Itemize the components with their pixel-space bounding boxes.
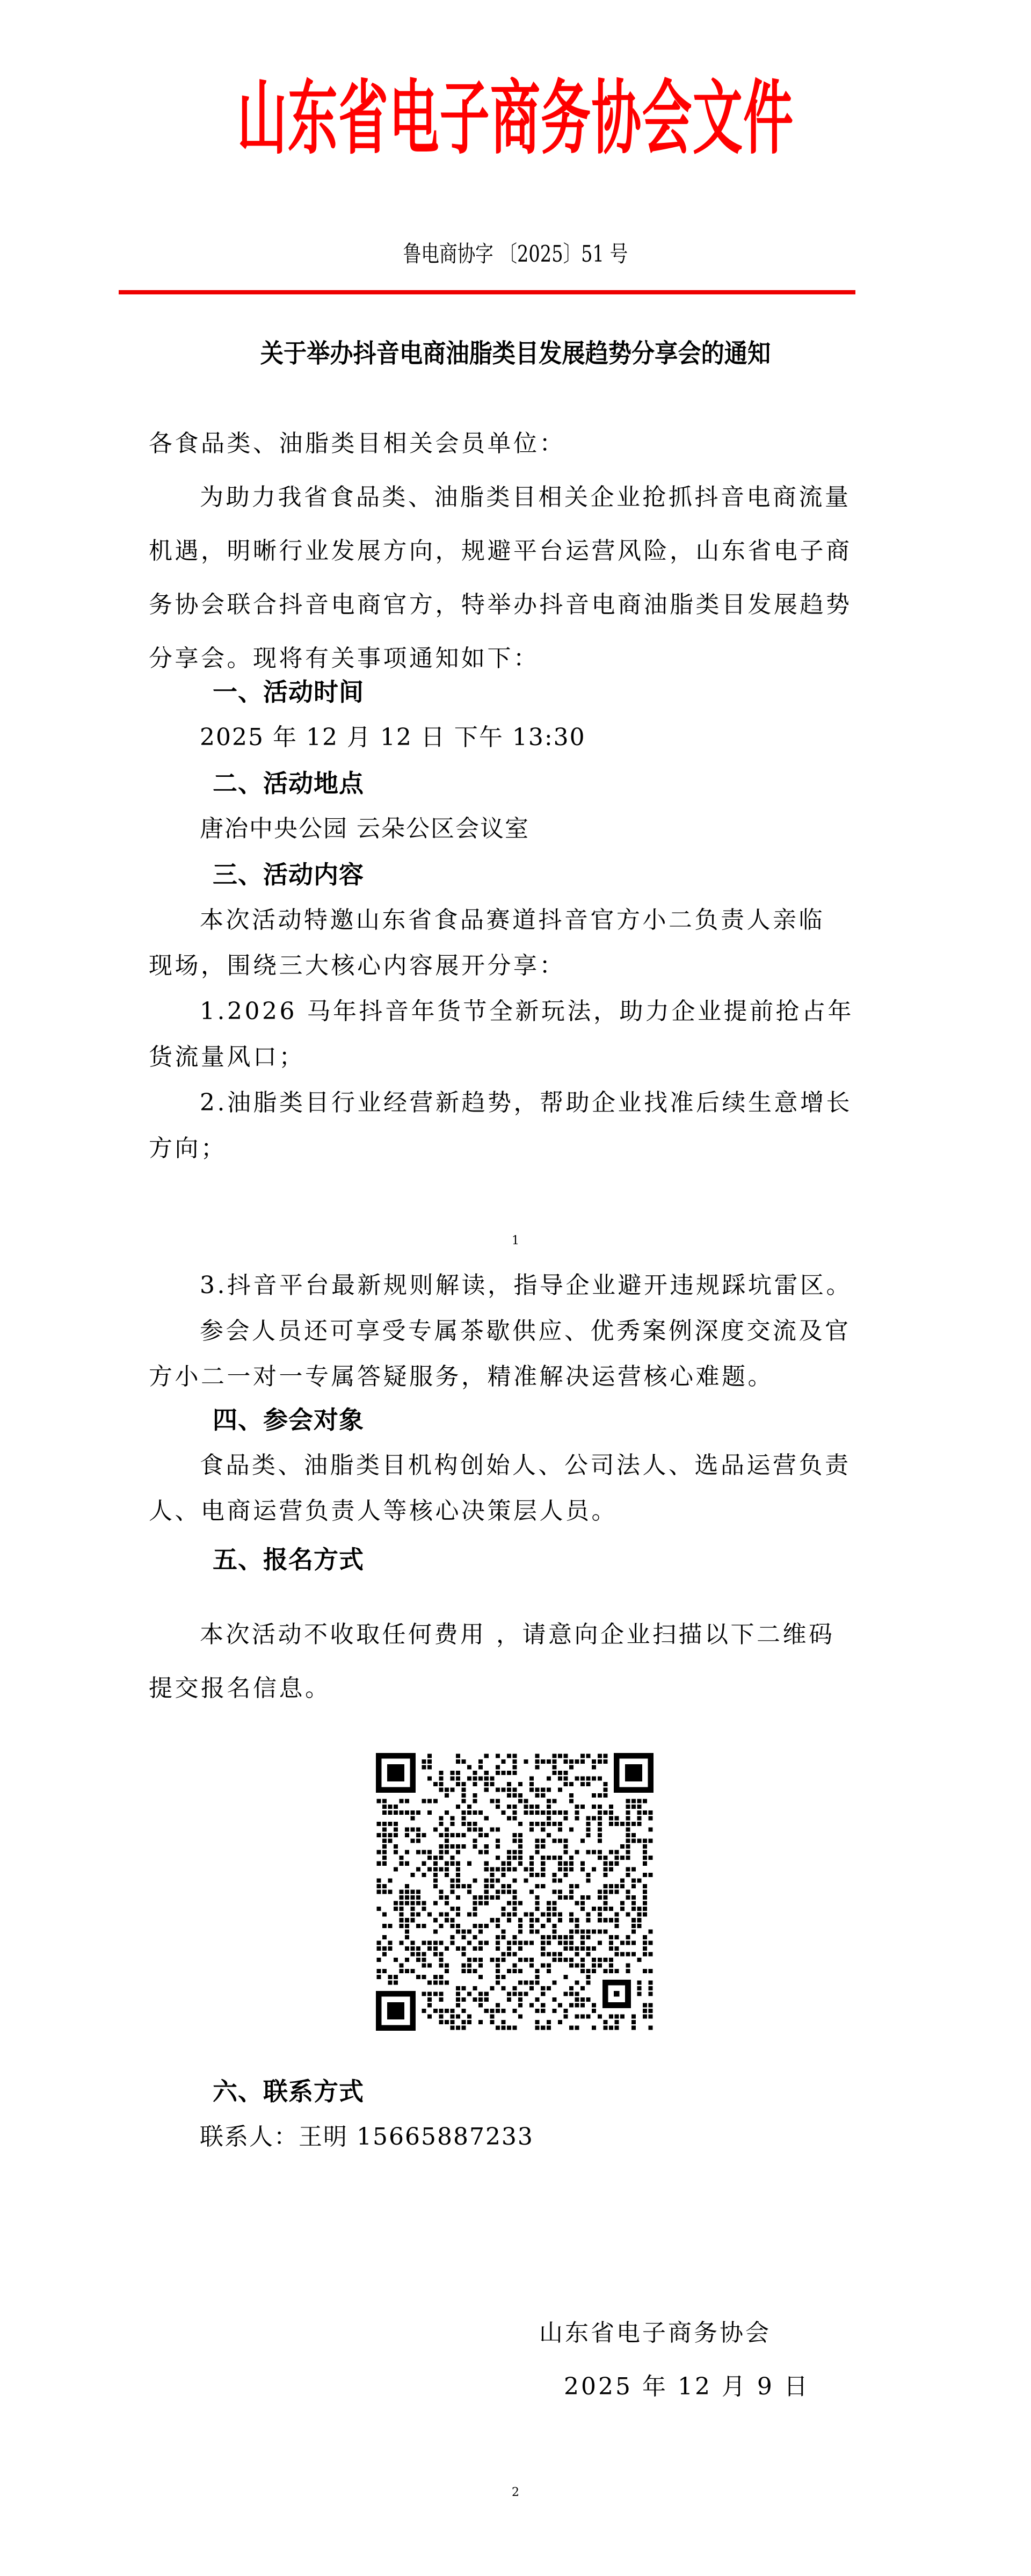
signature-org: 山东省电子商务协会 — [539, 2318, 771, 2348]
salutation: 各食品类、油脂类目相关会员单位： — [149, 429, 565, 459]
event-location-value: 唐冶中央公园 云朵公区会议室 — [200, 814, 529, 844]
section-heading-time: 一、活动时间 — [213, 677, 364, 707]
section-heading-content: 三、活动内容 — [213, 860, 364, 890]
page-number-2: 2 — [0, 2485, 1031, 2501]
document-number: 鲁电商协字 〔2025〕51 号 — [103, 241, 928, 268]
content-line: 2.油脂类目行业经营新趋势，帮助企业找准后续生意增长 — [200, 1088, 852, 1118]
page-number-1: 1 — [0, 1233, 1031, 1249]
participants-line: 食品类、油脂类目机构创始人、公司法人、选品运营负责 — [200, 1451, 851, 1481]
content-line: 本次活动特邀山东省食品赛道抖音官方小二负责人亲临 — [200, 905, 825, 935]
section-heading-location: 二、活动地点 — [213, 768, 364, 798]
participants-line: 人、电商运营负责人等核心决策层人员。 — [149, 1496, 618, 1526]
red-header-rule — [119, 290, 855, 294]
document-header-title: 山东省电子商务协会文件 — [196, 70, 835, 167]
content-line: 1.2026 马年抖音年货节全新玩法，助力企业提前抢占年 — [200, 997, 854, 1027]
content-line: 参会人员还可享受专属茶歇供应、优秀案例深度交流及官 — [200, 1316, 851, 1346]
signature-date: 2025 年 12 月 9 日 — [564, 2372, 810, 2402]
content-line: 现场，围绕三大核心内容展开分享： — [149, 951, 565, 981]
content-line: 货流量风口； — [149, 1042, 305, 1072]
intro-line: 机遇，明晰行业发展方向，规避平台运营风险，山东省电子商 — [149, 536, 852, 566]
intro-line: 为助力我省食品类、油脂类目相关企业抢抓抖音电商流量 — [200, 482, 851, 513]
registration-line: 本次活动不收取任何费用 ，请意向企业扫描以下二维码 — [200, 1620, 834, 1650]
intro-line: 分享会。现将有关事项通知如下： — [149, 644, 540, 674]
content-line: 3.抖音平台最新规则解读，指导企业避开违规踩坑雷区。 — [200, 1271, 852, 1301]
registration-qr-code-icon[interactable] — [376, 1753, 654, 2031]
section-heading-registration: 五、报名方式 — [213, 1545, 364, 1575]
content-line: 方小二一对一专属答疑服务，精准解决运营核心难题。 — [149, 1362, 774, 1392]
section-heading-participants: 四、参会对象 — [213, 1405, 364, 1435]
event-time-value: 2025 年 12 月 12 日 下午 13:30 — [200, 723, 586, 753]
section-heading-contact: 六、联系方式 — [213, 2076, 364, 2106]
contact-value: 联系人：王明 15665887233 — [200, 2122, 534, 2152]
intro-line: 务协会联合抖音电商官方，特举办抖音电商油脂类目发展趋势 — [149, 590, 852, 620]
content-line: 方向； — [149, 1134, 227, 1164]
notice-title: 关于举办抖音电商油脂类目发展趋势分享会的通知 — [52, 337, 979, 370]
registration-line: 提交报名信息。 — [149, 1673, 331, 1704]
